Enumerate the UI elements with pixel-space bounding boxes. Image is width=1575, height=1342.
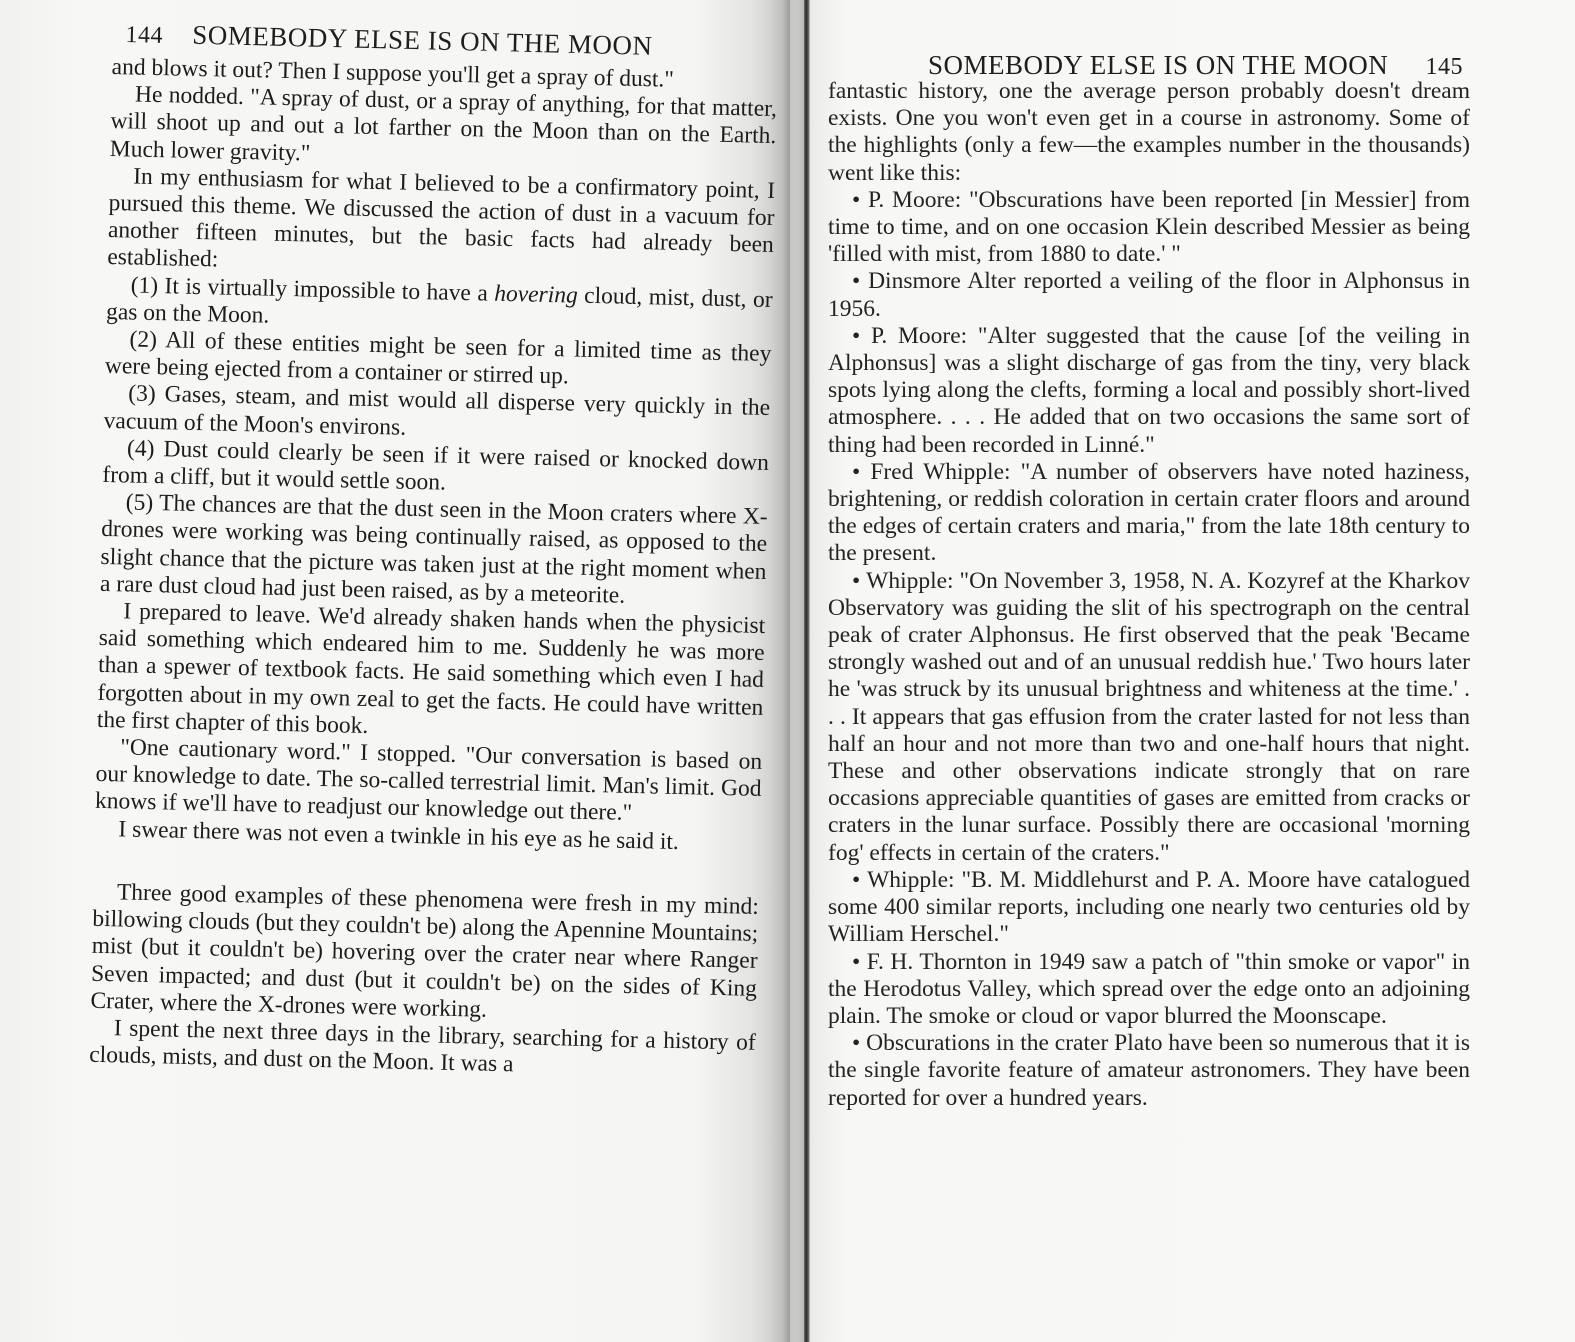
numbered-point-5: (5) The chances are that the dust seen i… — [100, 489, 768, 613]
paragraph: Three good examples of these phenomena w… — [90, 879, 759, 1030]
bullet-item: Whipple: "B. M. Middlehurst and P. A. Mo… — [828, 867, 1470, 949]
left-page-body: and blows it out? Then I suppose you'll … — [89, 54, 778, 1084]
bullet-item: P. Moore: "Alter suggested that the caus… — [828, 323, 1470, 459]
right-page-body: fantastic history, one the average perso… — [828, 78, 1470, 1112]
book-gutter — [804, 0, 809, 1342]
paragraph: "One cautionary word." I stopped. "Our c… — [95, 734, 763, 831]
book-spread: 144 SOMEBODY ELSE IS ON THE MOON and blo… — [0, 0, 1575, 1342]
page-number-left: 144 — [125, 22, 163, 49]
paragraph: I prepared to leave. We'd already shaken… — [97, 598, 766, 749]
paragraph: He nodded. "A spray of dust, or a spray … — [110, 81, 778, 178]
bullet-item: Whipple: "On November 3, 1958, N. A. Koz… — [828, 568, 1470, 867]
page-number-right: 145 — [1426, 54, 1464, 80]
bullet-item: Fred Whipple: "A number of observers hav… — [828, 459, 1470, 568]
bullet-item: Dinsmore Alter reported a veiling of the… — [828, 268, 1470, 322]
bullet-item: Obscurations in the crater Plato have be… — [828, 1030, 1470, 1112]
paragraph: fantastic history, one the average perso… — [828, 78, 1470, 187]
bullet-item: P. Moore: "Obscurations have been report… — [828, 187, 1470, 269]
paragraph: In my enthusiasm for what I believed to … — [107, 163, 775, 287]
emphasis-hovering: hovering — [494, 280, 578, 308]
bullet-item: F. H. Thornton in 1949 saw a patch of "t… — [828, 949, 1470, 1031]
right-running-head: SOMEBODY ELSE IS ON THE MOON 145 — [928, 50, 1463, 81]
running-head-title-right: SOMEBODY ELSE IS ON THE MOON — [928, 50, 1388, 80]
